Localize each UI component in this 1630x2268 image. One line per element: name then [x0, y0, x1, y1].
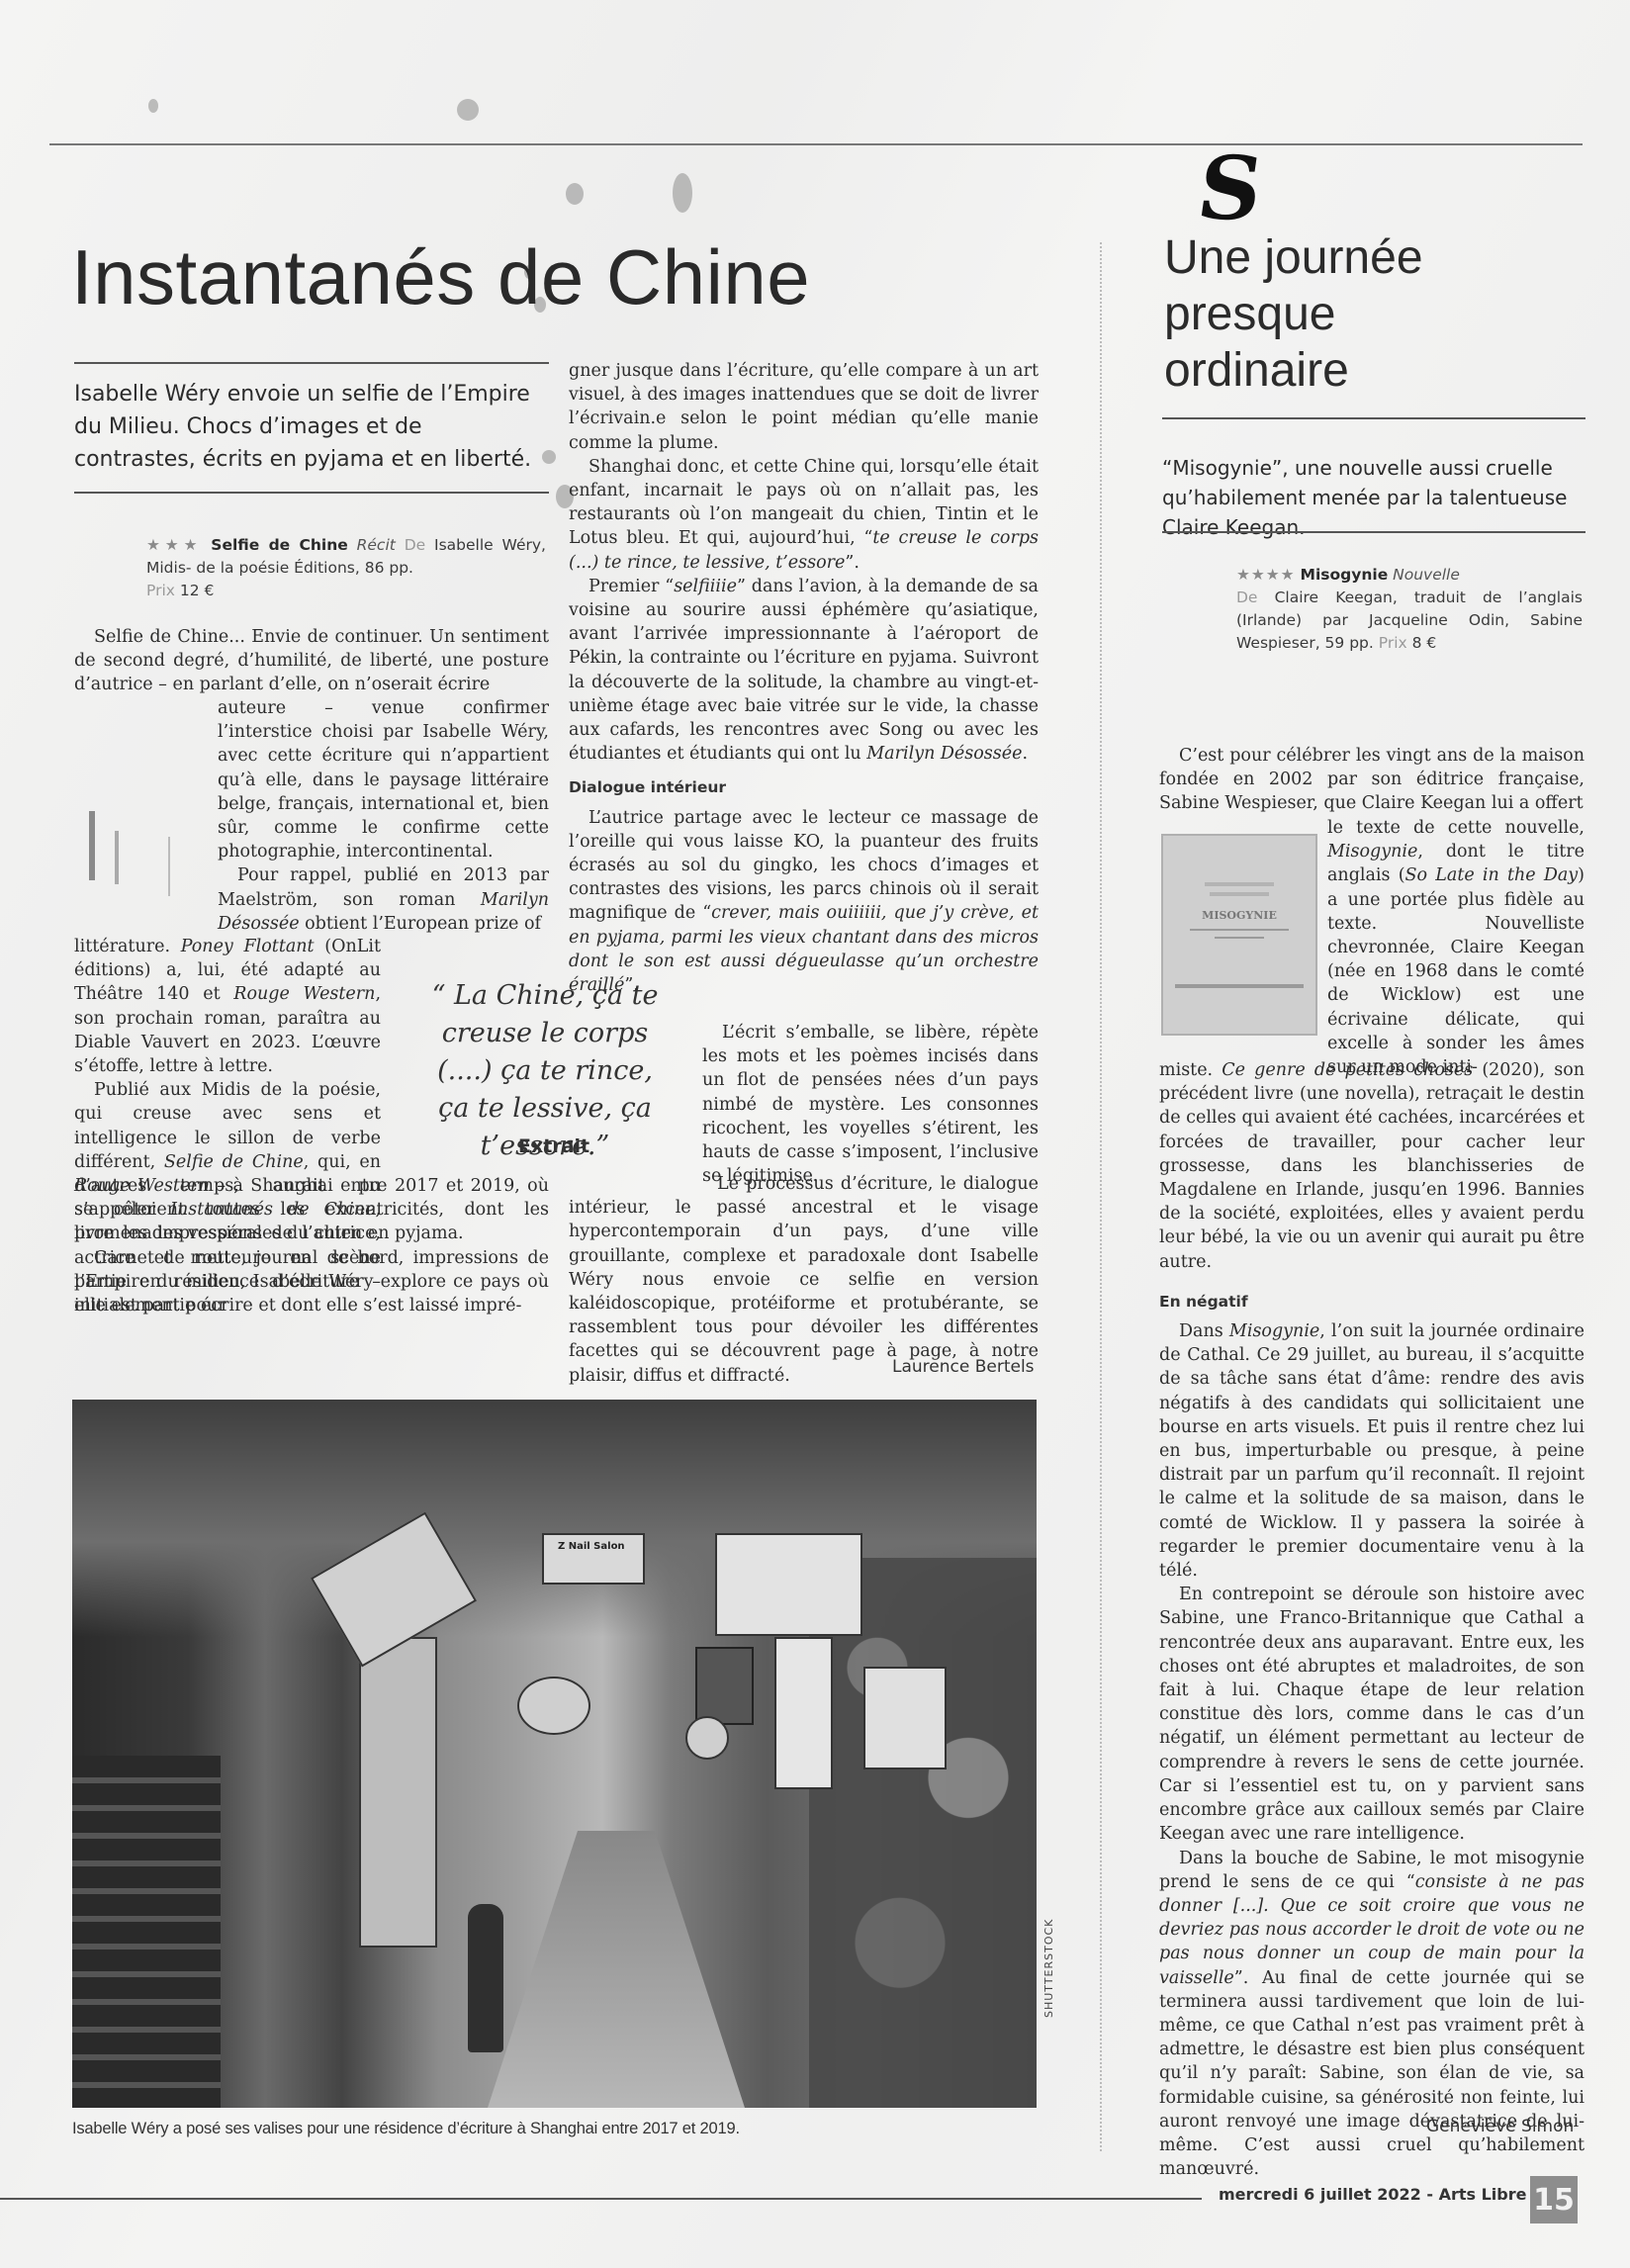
column-3-body: miste. Ce genre de petites choses (2020)… [1159, 1058, 1585, 2181]
book-price: 8 € [1412, 634, 1437, 652]
price-label: Prix [146, 582, 175, 599]
paragraph: Le processus d’écriture, le dialogue int… [569, 1172, 1039, 1388]
paragraph: Premier “selfiiiie” dans l’avion, à la d… [569, 575, 1039, 767]
headline-rule [74, 362, 549, 364]
paragraph: L’autrice partage avec le lecteur ce mas… [569, 806, 1039, 998]
headline-rule [1162, 417, 1585, 419]
photo-sign [359, 1637, 437, 1948]
book-genre: Récit [357, 536, 396, 554]
book-info: ★★★★ Misogynie Nouvelle De Claire Keegan… [1236, 564, 1583, 655]
paragraph: Selfie de Chine... Envie de continuer. U… [74, 625, 549, 697]
photo-sign [863, 1667, 947, 1769]
column-2-bottom: Le processus d’écriture, le dialogue int… [569, 1172, 1039, 1388]
paragraph: auteure – venue confirmer l’interstice c… [218, 696, 549, 863]
column-1-bottom: Rouge Western – à Shanghai entre 2017 et… [74, 1174, 549, 1317]
book-title: Selfie de Chine [211, 536, 348, 554]
photo-sign [774, 1637, 833, 1789]
author-signature: Laurence Bertels [892, 1357, 1035, 1377]
price-label: Prix [1379, 634, 1407, 652]
lede-rule [1162, 531, 1585, 533]
rating-stars: ★★★ [146, 536, 202, 554]
paragraph: Dans Misogynie, l’on suit la journée ord… [1159, 1319, 1585, 1583]
lede-rule [74, 492, 549, 494]
footer-date: mercredi 6 juillet 2022 - Arts Libre [1219, 2185, 1526, 2204]
book-info: ★★★ Selfie de Chine Récit De Isabelle Wé… [146, 534, 546, 602]
by-label: De [405, 536, 425, 554]
book-title: Misogynie [1301, 566, 1389, 584]
author-signature: Geneviève Simon [1426, 2117, 1574, 2136]
photo-lantern [517, 1677, 590, 1735]
book-details: Claire Keegan, traduit de l’anglais (Irl… [1236, 589, 1583, 652]
ink-stain [566, 183, 584, 205]
column-1-wrap: auteure – venue confirmer l’interstice c… [218, 696, 549, 936]
article-photo: Z Nail Salon [72, 1400, 1037, 2108]
lede: “Misogynie”, une nouvelle aussi cruelle … [1162, 453, 1578, 542]
headline: Une journée presque ordinaire [1164, 229, 1580, 399]
paragraph: Shanghai donc, et cette Chine qui, lorsq… [569, 455, 1039, 575]
photo-credit: SHUTTERSTOCK [1042, 1919, 1055, 2018]
photo-sign [715, 1533, 862, 1636]
paragraph: C’est pour célébrer les vingt ans de la … [1159, 744, 1585, 816]
subhead: Dialogue intérieur [569, 775, 1039, 799]
book-genre: Nouvelle [1393, 566, 1460, 584]
by-label: De [1236, 589, 1257, 606]
paragraph: gner jusque dans l’écriture, qu’elle com… [569, 359, 1039, 455]
footer-rule [0, 2198, 1202, 2200]
ink-stain [457, 99, 479, 121]
column-3-wrap: le texte de cette nouvelle, Misogynie, d… [1327, 816, 1585, 1079]
page-number: 15 [1530, 2176, 1578, 2223]
column-3-top: C’est pour célébrer les vingt ans de la … [1159, 744, 1585, 816]
paragraph: Pour rappel, publié en 2013 par Maelströ… [218, 863, 549, 936]
paragraph: Rouge Western – à Shanghai entre 2017 et… [74, 1174, 549, 1246]
photo-sign: Z Nail Salon [542, 1533, 645, 1585]
column-2: gner jusque dans l’écriture, qu’elle com… [569, 359, 1039, 997]
paragraph: le texte de cette nouvelle, Misogynie, d… [1327, 816, 1585, 1079]
photo-alley-floor [488, 1831, 745, 2108]
ink-stain [673, 173, 692, 213]
column-1-top: Selfie de Chine... Envie de continuer. U… [74, 625, 549, 697]
ink-stain [148, 99, 158, 113]
section-logo-icon: S [1193, 144, 1268, 231]
book-price: 12 € [180, 582, 215, 599]
column-2-wrap: L’écrit s’emballe, se libère, répète les… [702, 1021, 1039, 1188]
photo-lantern [685, 1716, 729, 1760]
paragraph: Carnet de route, journal de bord, impres… [74, 1246, 549, 1318]
paragraph: miste. Ce genre de petites choses (2020)… [1159, 1058, 1585, 1274]
subhead: En négatif [1159, 1290, 1585, 1314]
photo-caption: Isabelle Wéry a posé ses valises pour un… [72, 2120, 740, 2138]
paragraph: L’écrit s’emballe, se libère, répète les… [702, 1021, 1039, 1188]
column-divider [1100, 242, 1102, 2151]
book-cover-thumbnail [89, 811, 178, 920]
pull-quote-source: Extrait [518, 1135, 589, 1157]
headline: Instantanés de Chine [71, 232, 810, 322]
paragraph: littérature. Poney Flottant (OnLit éditi… [74, 935, 381, 1078]
paragraph: En contrepoint se déroule son histoire a… [1159, 1583, 1585, 1846]
photo-sign [695, 1647, 754, 1725]
book-cover-image: MISOGYNIE [1161, 834, 1317, 1036]
photo-plants [809, 1558, 1037, 2108]
photo-shutter [72, 1756, 221, 2108]
lede: Isabelle Wéry envoie un selfie de l’Empi… [74, 378, 549, 476]
cover-title: MISOGYNIE [1202, 909, 1277, 922]
photo-person [468, 1904, 503, 2052]
top-rule [49, 143, 1583, 145]
rating-stars: ★★★★ [1236, 566, 1296, 584]
